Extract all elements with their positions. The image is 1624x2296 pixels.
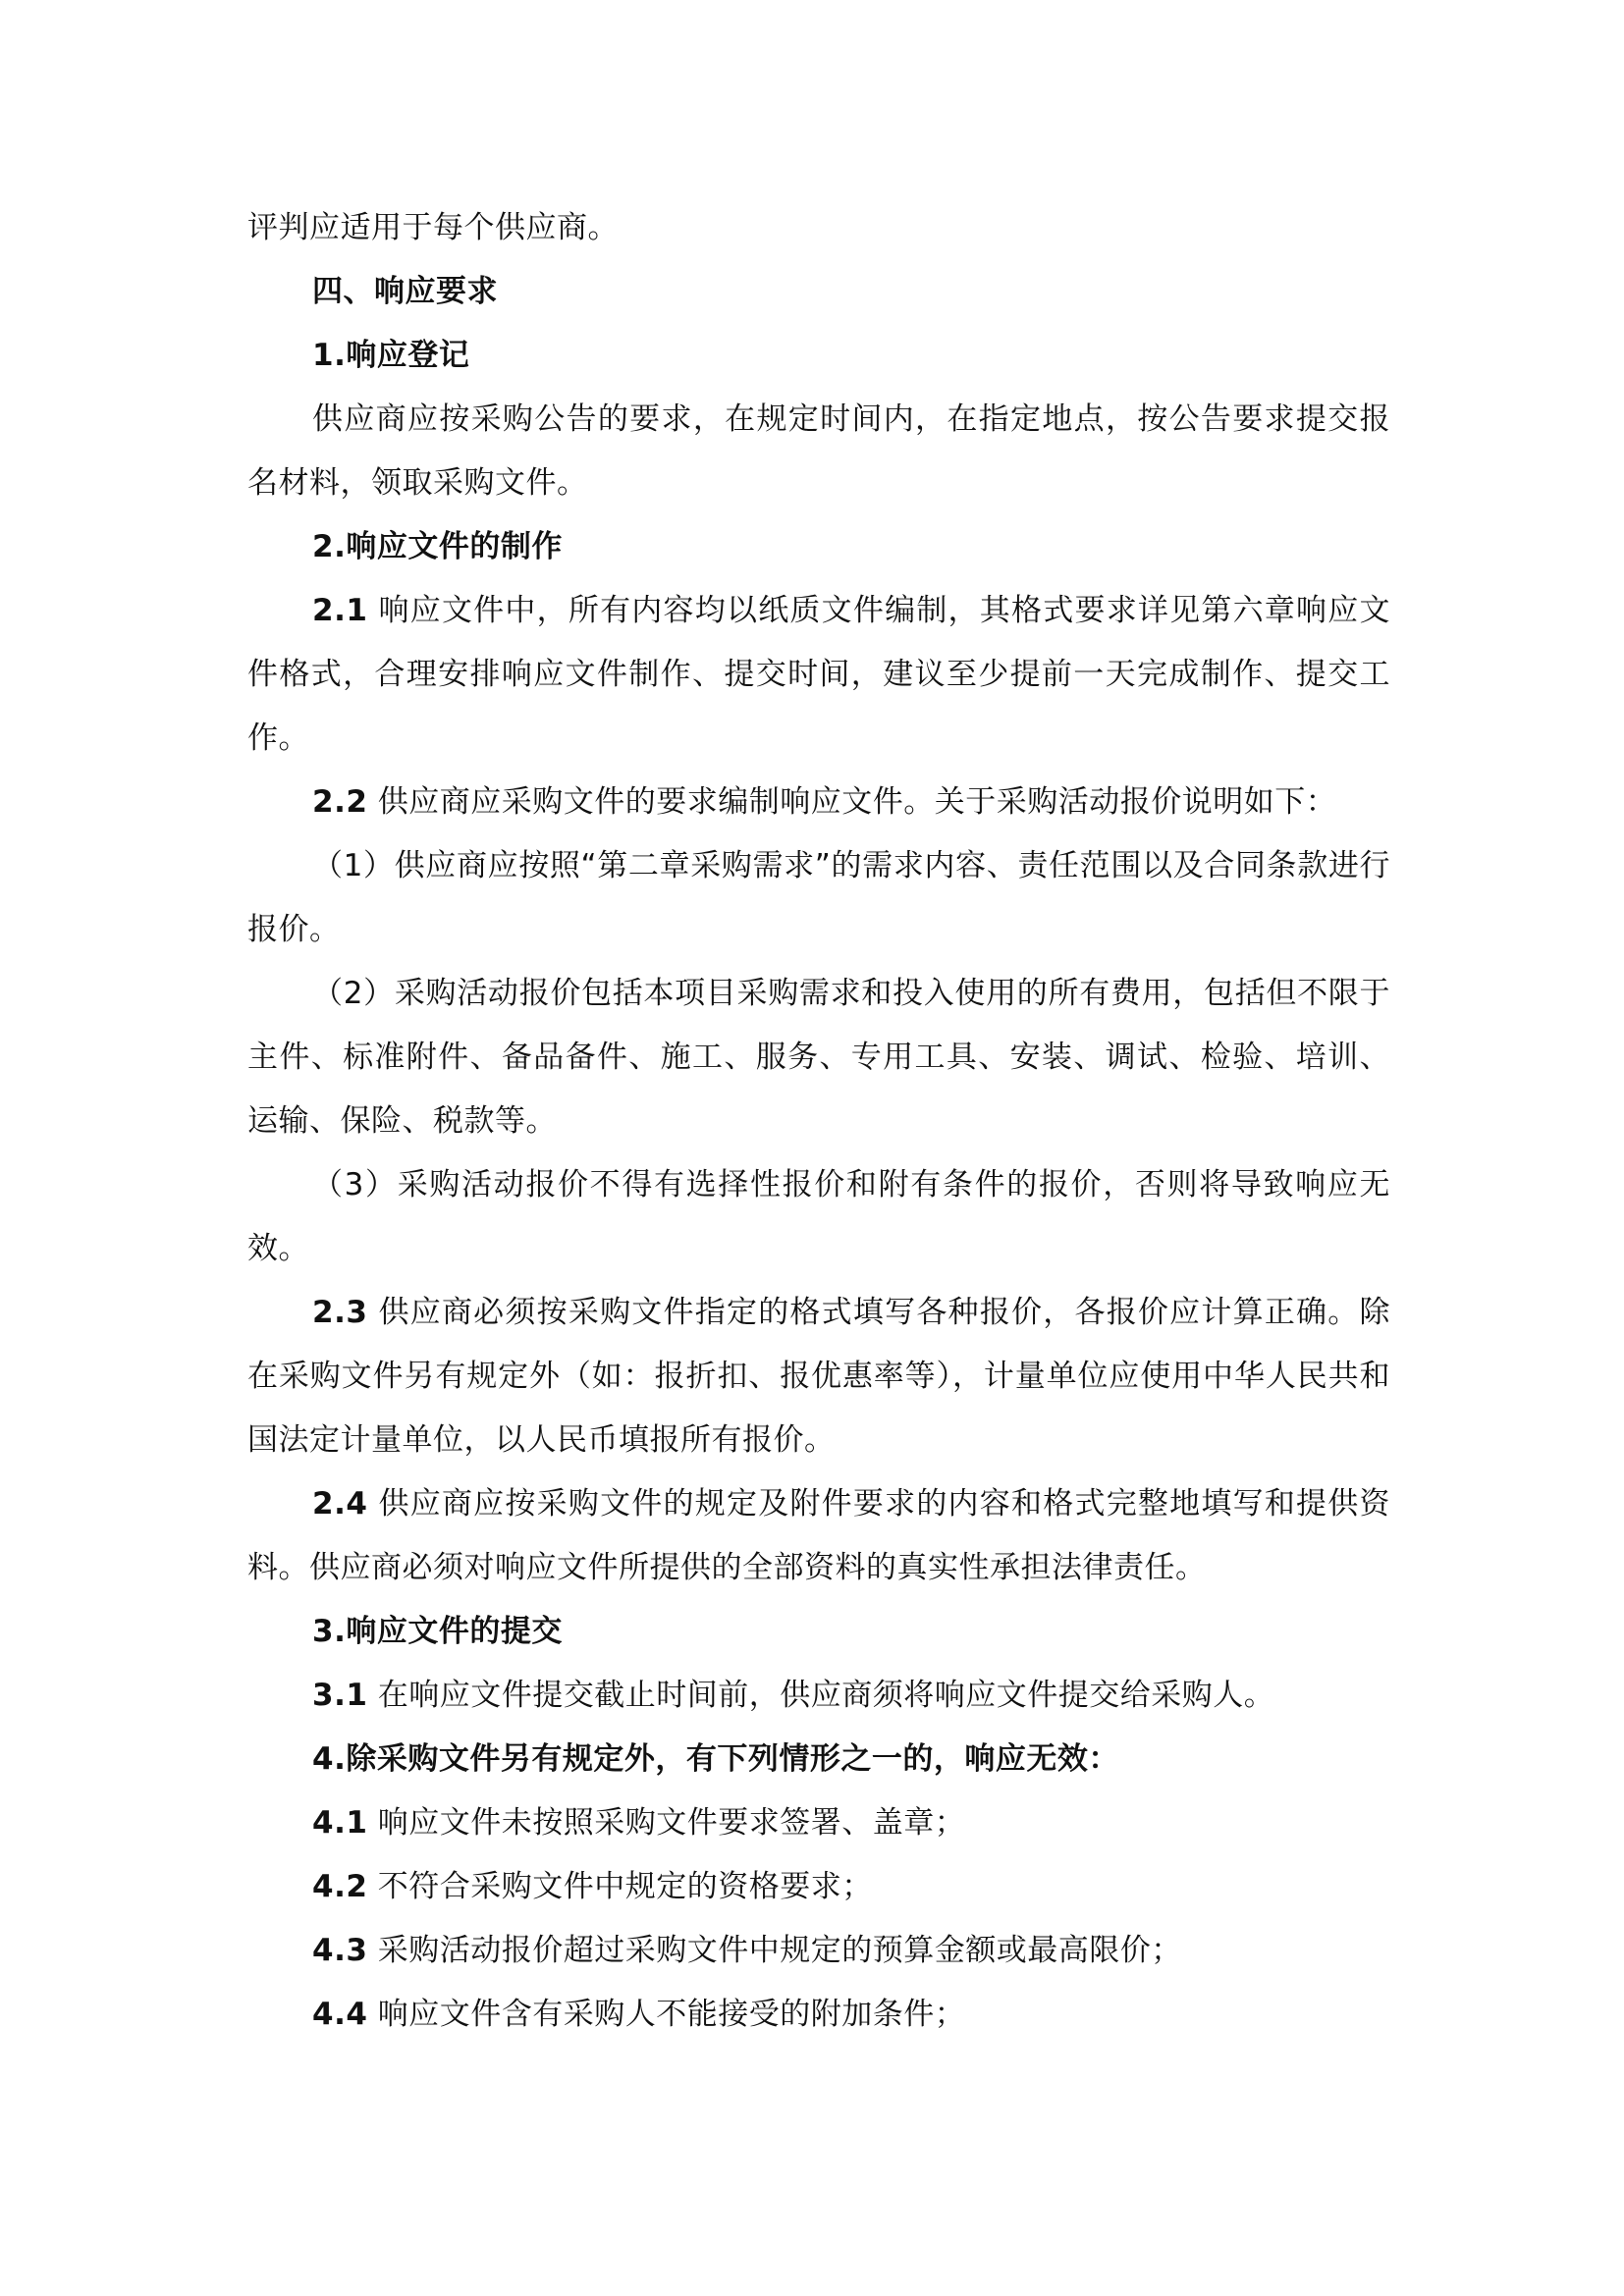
- list-item-3: （3）采购活动报价不得有选择性报价和附有条件的报价，否则将导致响应无效。: [247, 1153, 1390, 1281]
- subheading-invalid-response-conditions: 4.除采购文件另有规定外，有下列情形之一的，响应无效：: [247, 1728, 1390, 1791]
- clause-number: 2.1: [312, 593, 367, 628]
- clause-text: 供应商应采购文件的要求编制响应文件。关于采购活动报价说明如下：: [367, 784, 1336, 820]
- clause-4-4: 4.4 响应文件含有采购人不能接受的附加条件；: [247, 1983, 1390, 2047]
- list-item-1: （1）供应商应按照“第二章采购需求”的需求内容、责任范围以及合同条款进行报价。: [247, 834, 1390, 962]
- clause-text: 响应文件未按照采购文件要求签署、盖章；: [367, 1805, 965, 1841]
- paragraph-evaluation-applies: 评判应适用于每个供应商。: [247, 196, 1390, 260]
- list-item-2: （2）采购活动报价包括本项目采购需求和投入使用的所有费用，包括但不限于主件、标准…: [247, 962, 1390, 1153]
- clause-number: 4.1: [312, 1805, 367, 1841]
- subheading-response-document-preparation: 2.响应文件的制作: [247, 515, 1390, 579]
- clause-text: 响应文件中，所有内容均以纸质文件编制，其格式要求详见第六章响应文件格式，合理安排…: [247, 593, 1390, 756]
- clause-number: 2.4: [312, 1486, 367, 1522]
- clause-number: 4.4: [312, 1997, 367, 2032]
- section-heading-response-requirements: 四、响应要求: [247, 260, 1390, 324]
- document-page: 评判应适用于每个供应商。 四、响应要求 1.响应登记 供应商应按采购公告的要求，…: [247, 196, 1390, 2047]
- clause-4-2: 4.2 不符合采购文件中规定的资格要求；: [247, 1855, 1390, 1919]
- clause-4-1: 4.1 响应文件未按照采购文件要求签署、盖章；: [247, 1791, 1390, 1855]
- clause-number: 2.2: [312, 784, 367, 820]
- clause-4-3: 4.3 采购活动报价超过采购文件中规定的预算金额或最高限价；: [247, 1919, 1390, 1983]
- clause-text: 在响应文件提交截止时间前，供应商须将响应文件提交给采购人。: [367, 1678, 1274, 1713]
- clause-2-4: 2.4 供应商应按采购文件的规定及附件要求的内容和格式完整地填写和提供资料。供应…: [247, 1472, 1390, 1600]
- clause-text: 响应文件含有采购人不能接受的附加条件；: [367, 1997, 965, 2032]
- clause-text: 不符合采购文件中规定的资格要求；: [367, 1869, 872, 1904]
- clause-number: 3.1: [312, 1678, 367, 1713]
- clause-number: 2.3: [312, 1295, 367, 1330]
- subheading-response-registration: 1.响应登记: [247, 324, 1390, 388]
- clause-number: 4.2: [312, 1869, 367, 1904]
- clause-text: 采购活动报价超过采购文件中规定的预算金额或最高限价；: [367, 1933, 1181, 1968]
- clause-2-2: 2.2 供应商应采购文件的要求编制响应文件。关于采购活动报价说明如下：: [247, 771, 1390, 834]
- clause-text: 供应商应按采购文件的规定及附件要求的内容和格式完整地填写和提供资料。供应商必须对…: [247, 1486, 1390, 1585]
- clause-3-1: 3.1 在响应文件提交截止时间前，供应商须将响应文件提交给采购人。: [247, 1664, 1390, 1728]
- paragraph-registration: 供应商应按采购公告的要求，在规定时间内，在指定地点，按公告要求提交报名材料，领取…: [247, 388, 1390, 515]
- clause-2-3: 2.3 供应商必须按采购文件指定的格式填写各种报价，各报价应计算正确。除在采购文…: [247, 1281, 1390, 1472]
- clause-number: 4.3: [312, 1933, 367, 1968]
- clause-text: 供应商必须按采购文件指定的格式填写各种报价，各报价应计算正确。除在采购文件另有规…: [247, 1295, 1390, 1458]
- subheading-response-submission: 3.响应文件的提交: [247, 1600, 1390, 1664]
- clause-2-1: 2.1 响应文件中，所有内容均以纸质文件编制，其格式要求详见第六章响应文件格式，…: [247, 579, 1390, 771]
